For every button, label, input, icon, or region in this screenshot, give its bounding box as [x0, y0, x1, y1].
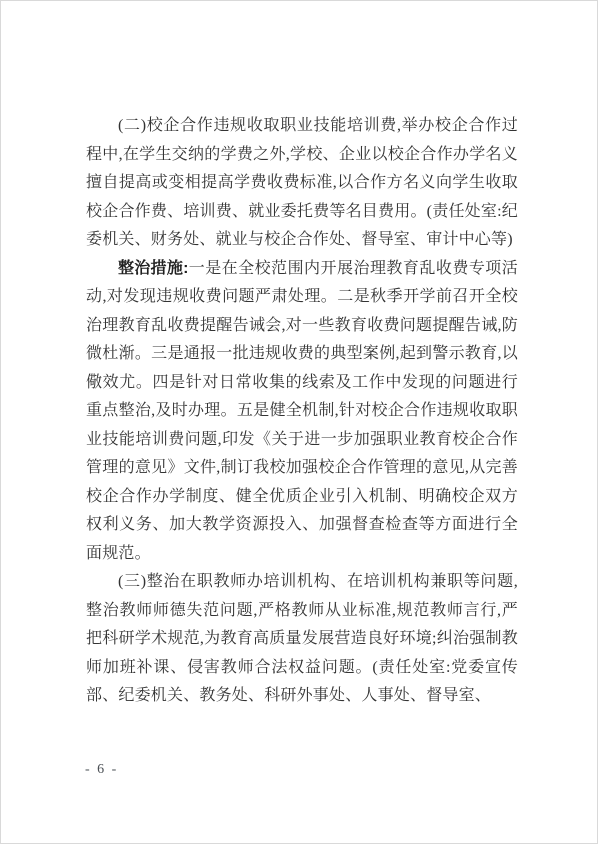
paragraph: (三)整治在职教师办培训机构、在培训机构兼职等问题,整治教师师德失范问题,严格教…: [86, 568, 518, 711]
paragraph-text: 一是在全校范围内开展治理教育乱收费专项活动,对发现违规收费问题严肃处理。二是秋季…: [86, 260, 518, 562]
paragraph-lead: 整治措施:: [118, 260, 188, 277]
paragraph-text: (三)整治在职教师办培训机构、在培训机构兼职等问题,整治教师师德失范问题,严格教…: [86, 573, 518, 704]
page-number: - 6 -: [85, 761, 118, 779]
paragraph-text: (二)校企合作违规收取职业技能培训费,举办校企合作过程中,在学生交纳的学费之外,…: [86, 117, 518, 248]
document-page: (二)校企合作违规收取职业技能培训费,举办校企合作过程中,在学生交纳的学费之外,…: [0, 0, 598, 844]
paragraph: 整治措施:一是在全校范围内开展治理教育乱收费专项活动,对发现违规收费问题严肃处理…: [86, 255, 518, 569]
paragraph: (二)校企合作违规收取职业技能培训费,举办校企合作过程中,在学生交纳的学费之外,…: [86, 112, 518, 255]
document-body: (二)校企合作违规收取职业技能培训费,举办校企合作过程中,在学生交纳的学费之外,…: [86, 112, 518, 711]
